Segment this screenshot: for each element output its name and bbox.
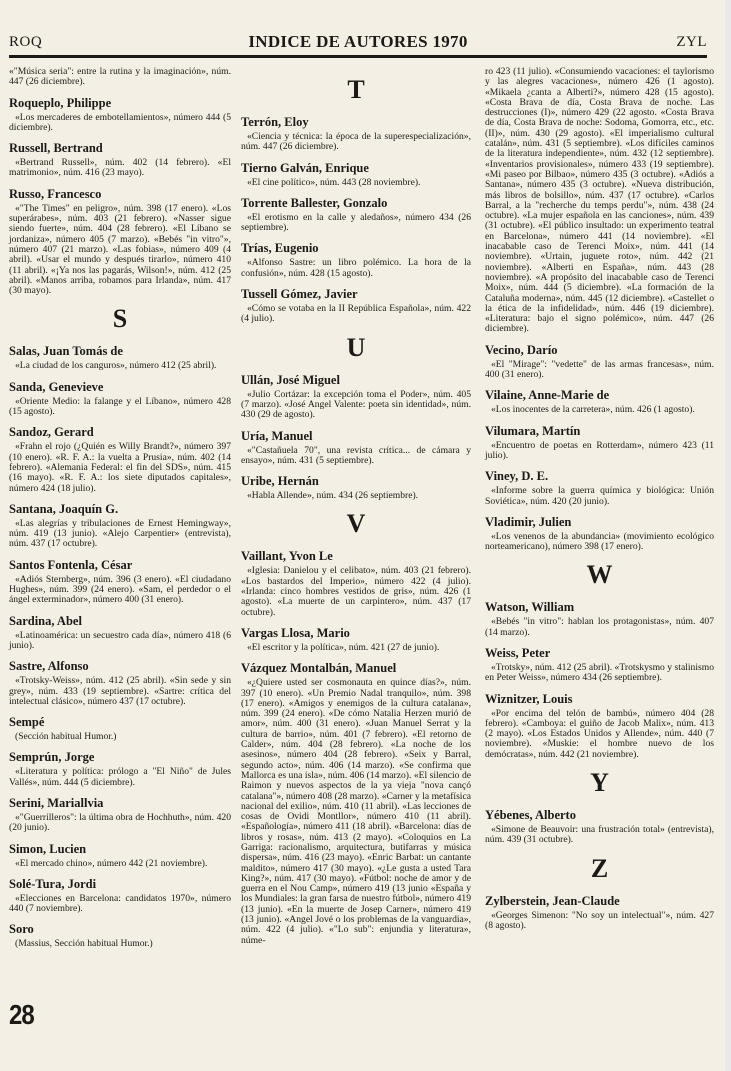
entry-articles: «La ciudad de los canguros», número 412 …	[9, 361, 231, 371]
author-name: Vilaine, Anne-Marie de	[485, 388, 714, 402]
entry-articles: «El erotismo en la calle y aledaños», nú…	[241, 213, 471, 234]
entry-articles: «Julio Cortázar: la excepción toma el Po…	[241, 390, 471, 421]
author-entry: Simon, Lucien«El mercado chino», número …	[9, 842, 231, 869]
author-name: Sardina, Abel	[9, 614, 231, 628]
author-entry: Santana, Joaquín G.«Las alegrías y tribu…	[9, 502, 231, 550]
author-entry: Russo, Francesco«"The Times" en peligro»…	[9, 187, 231, 297]
author-name: Santana, Joaquín G.	[9, 502, 231, 516]
author-name: Vecino, Darío	[485, 343, 714, 357]
author-name: Simon, Lucien	[9, 842, 231, 856]
page-number: 28	[9, 1000, 34, 1032]
author-entry: Semprún, Jorge«Literatura y política: pr…	[9, 750, 231, 788]
entry-articles: «Los inocentes de la carretera», núm. 42…	[485, 405, 714, 415]
entry-articles: «El escritor y la política», núm. 421 (2…	[241, 643, 471, 653]
entry-articles: «Adiós Sternberg», núm. 396 (3 enero). «…	[9, 575, 231, 606]
author-entry: Yébenes, Alberto«Simone de Beauvoir: una…	[485, 808, 714, 846]
entry-articles: «Alfonso Sastre: un libro polémico. La h…	[241, 258, 471, 279]
author-name: Terrón, Eloy	[241, 115, 471, 129]
entry-articles: «El "Mirage": "vedette" de las armas fra…	[485, 360, 714, 381]
author-entry: Uribe, Hernán«Habla Allende», núm. 434 (…	[241, 474, 471, 501]
author-name: Soro	[9, 922, 231, 936]
author-name: Salas, Juan Tomás de	[9, 344, 231, 358]
author-name: Roqueplo, Philippe	[9, 96, 231, 110]
author-entry: Vargas Llosa, Mario«El escritor y la pol…	[241, 626, 471, 653]
column-3: ro 423 (11 julio). «Consumiendo vacacion…	[485, 67, 714, 939]
entry-articles: «Bebés "in vitro": hablan los protagonis…	[485, 617, 714, 638]
author-entry: Zylberstein, Jean-Claude«Georges Simenon…	[485, 894, 714, 932]
section-letter: S	[9, 304, 231, 334]
entry-articles: «Bertrand Russell», núm. 402 (14 febrero…	[9, 158, 231, 179]
author-name: Semprún, Jorge	[9, 750, 231, 764]
continued-entry: «"Música seria": entre la rutina y la im…	[9, 67, 231, 88]
column-1: «"Música seria": entre la rutina y la im…	[9, 67, 231, 958]
author-entry: Vilaine, Anne-Marie de«Los inocentes de …	[485, 388, 714, 415]
author-name: Russo, Francesco	[9, 187, 231, 201]
author-entry: Vladimir, Julien«Los venenos de la abund…	[485, 515, 714, 553]
section-letter: Z	[485, 854, 714, 884]
author-entry: Vaillant, Yvon Le«Iglesia: Danielou y el…	[241, 549, 471, 617]
header-range-end: ZYL	[676, 34, 707, 51]
header-rule	[9, 55, 707, 58]
entry-articles: «"The Times" en peligro», núm. 398 (17 e…	[9, 204, 231, 297]
author-entry: Wiznitzer, Louis«Por encima del telón de…	[485, 692, 714, 760]
column-2: TTerrón, Eloy«Ciencia y técnica: la époc…	[241, 67, 471, 954]
entry-articles: «Latinoamérica: un secuestro cada día», …	[9, 631, 231, 652]
author-entry: Russell, Bertrand«Bertrand Russell», núm…	[9, 141, 231, 179]
author-name: Vladimir, Julien	[485, 515, 714, 529]
author-name: Tierno Galván, Enrique	[241, 161, 471, 175]
author-entry: Sempé(Sección habitual Humor.)	[9, 715, 231, 742]
entry-articles: «Trotsky», núm. 412 (25 abril). «Trotsky…	[485, 663, 714, 684]
entry-articles: «Frahn el rojo (¿Quién es Willy Brandt?»…	[9, 442, 231, 493]
author-entry: Solé-Tura, Jordi«Elecciones en Barcelona…	[9, 877, 231, 915]
author-name: Vázquez Montalbán, Manuel	[241, 661, 471, 675]
author-name: Sempé	[9, 715, 231, 729]
entry-articles: (Massius, Sección habitual Humor.)	[9, 939, 231, 949]
entry-articles: «Las alegrías y tribulaciones de Ernest …	[9, 519, 231, 550]
author-name: Uría, Manuel	[241, 429, 471, 443]
author-entry: Tierno Galván, Enrique«El cine político»…	[241, 161, 471, 188]
author-name: Vilumara, Martín	[485, 424, 714, 438]
page-header: ROQ INDICE DE AUTORES 1970 ZYL	[9, 32, 707, 54]
author-entry: Soro(Massius, Sección habitual Humor.)	[9, 922, 231, 949]
author-name: Sanda, Genevieve	[9, 380, 231, 394]
author-entry: Sanda, Genevieve«Oriente Medio: la falan…	[9, 380, 231, 418]
author-name: Torrente Ballester, Gonzalo	[241, 196, 471, 210]
entry-articles: «Habla Allende», núm. 434 (26 septiembre…	[241, 491, 471, 501]
author-name: Trías, Eugenio	[241, 241, 471, 255]
author-name: Wiznitzer, Louis	[485, 692, 714, 706]
author-entry: Santos Fontenla, César«Adiós Sternberg»,…	[9, 558, 231, 606]
author-name: Uribe, Hernán	[241, 474, 471, 488]
author-name: Viney, D. E.	[485, 469, 714, 483]
author-entry: Ullán, José Miguel«Julio Cortázar: la ex…	[241, 373, 471, 421]
author-entry: Sastre, Alfonso«Trotsky-Weiss», núm. 412…	[9, 659, 231, 707]
author-entry: Tussell Gómez, Javier«Cómo se votaba en …	[241, 287, 471, 325]
author-entry: Torrente Ballester, Gonzalo«El erotismo …	[241, 196, 471, 234]
author-name: Solé-Tura, Jordi	[9, 877, 231, 891]
entry-articles: «Iglesia: Danielou y el celibato», núm. …	[241, 566, 471, 617]
author-name: Tussell Gómez, Javier	[241, 287, 471, 301]
author-name: Watson, William	[485, 600, 714, 614]
section-letter: U	[241, 333, 471, 363]
entry-articles: «Encuentro de poetas en Rotterdam», núme…	[485, 441, 714, 462]
entry-articles: «Los mercaderes de embotellamientos», nú…	[9, 113, 231, 134]
author-entry: Watson, William«Bebés "in vitro": hablan…	[485, 600, 714, 638]
author-entry: Salas, Juan Tomás de«La ciudad de los ca…	[9, 344, 231, 371]
scan-edge	[725, 0, 731, 1071]
author-name: Yébenes, Alberto	[485, 808, 714, 822]
entry-articles: ro 423 (11 julio). «Consumiendo vacacion…	[485, 67, 714, 335]
entry-articles: «¿Quiere usted ser cosmonauta en quince …	[241, 678, 471, 946]
entry-articles: «Oriente Medio: la falange y el Líbano»,…	[9, 397, 231, 418]
author-entry: Serini, Mariallvia«"Guerrilleros": la úl…	[9, 796, 231, 834]
entry-articles: (Sección habitual Humor.)	[9, 732, 231, 742]
author-entry: Trías, Eugenio«Alfonso Sastre: un libro …	[241, 241, 471, 279]
author-entry: Vilumara, Martín«Encuentro de poetas en …	[485, 424, 714, 462]
section-letter: T	[241, 75, 471, 105]
entry-articles: «Informe sobre la guerra química y bioló…	[485, 486, 714, 507]
entry-articles: «Georges Simenon: "No soy un intelectual…	[485, 911, 714, 932]
author-name: Santos Fontenla, César	[9, 558, 231, 572]
entry-articles: «Los venenos de la abundancia» (movimien…	[485, 532, 714, 553]
author-name: Sastre, Alfonso	[9, 659, 231, 673]
section-letter: W	[485, 560, 714, 590]
entry-articles: «Cómo se votaba en la II República Españ…	[241, 304, 471, 325]
author-name: Vaillant, Yvon Le	[241, 549, 471, 563]
author-entry: Roqueplo, Philippe«Los mercaderes de emb…	[9, 96, 231, 134]
author-entry: Sandoz, Gerard«Frahn el rojo (¿Quién es …	[9, 425, 231, 493]
author-entry: Uría, Manuel«"Castañuela 70", una revist…	[241, 429, 471, 467]
author-name: Ullán, José Miguel	[241, 373, 471, 387]
section-letter: Y	[485, 768, 714, 798]
entry-articles: «El mercado chino», número 442 (21 novie…	[9, 859, 231, 869]
author-entry: Vázquez Montalbán, Manuel«¿Quiere usted …	[241, 661, 471, 946]
entry-articles: «Elecciones en Barcelona: candidatos 197…	[9, 894, 231, 915]
author-entry: Weiss, Peter«Trotsky», núm. 412 (25 abri…	[485, 646, 714, 684]
section-letter: V	[241, 509, 471, 539]
index-page: ROQ INDICE DE AUTORES 1970 ZYL «"Música …	[0, 0, 725, 1071]
entry-articles: «Ciencia y técnica: la época de la super…	[241, 132, 471, 153]
entry-articles: «"Guerrilleros": la última obra de Hochh…	[9, 813, 231, 834]
continued-entry: ro 423 (11 julio). «Consumiendo vacacion…	[485, 67, 714, 335]
author-name: Zylberstein, Jean-Claude	[485, 894, 714, 908]
entry-articles: «Simone de Beauvoir: una frustración tot…	[485, 825, 714, 846]
author-name: Vargas Llosa, Mario	[241, 626, 471, 640]
author-entry: Terrón, Eloy«Ciencia y técnica: la época…	[241, 115, 471, 153]
entry-articles: «Trotsky-Weiss», núm. 412 (25 abril). «S…	[9, 676, 231, 707]
page-title: INDICE DE AUTORES 1970	[9, 32, 707, 52]
entry-articles: «"Castañuela 70", una revista crítica...…	[241, 446, 471, 467]
author-entry: Sardina, Abel«Latinoamérica: un secuestr…	[9, 614, 231, 652]
entry-articles: «Literatura y política: prólogo a "El Ni…	[9, 767, 231, 788]
author-name: Serini, Mariallvia	[9, 796, 231, 810]
entry-articles: «El cine político», núm. 443 (28 noviemb…	[241, 178, 471, 188]
entry-articles: «"Música seria": entre la rutina y la im…	[9, 67, 231, 88]
author-name: Weiss, Peter	[485, 646, 714, 660]
author-entry: Viney, D. E.«Informe sobre la guerra quí…	[485, 469, 714, 507]
entry-articles: «Por encima del telón de bambú», número …	[485, 709, 714, 760]
author-name: Russell, Bertrand	[9, 141, 231, 155]
author-name: Sandoz, Gerard	[9, 425, 231, 439]
author-entry: Vecino, Darío«El "Mirage": "vedette" de …	[485, 343, 714, 381]
